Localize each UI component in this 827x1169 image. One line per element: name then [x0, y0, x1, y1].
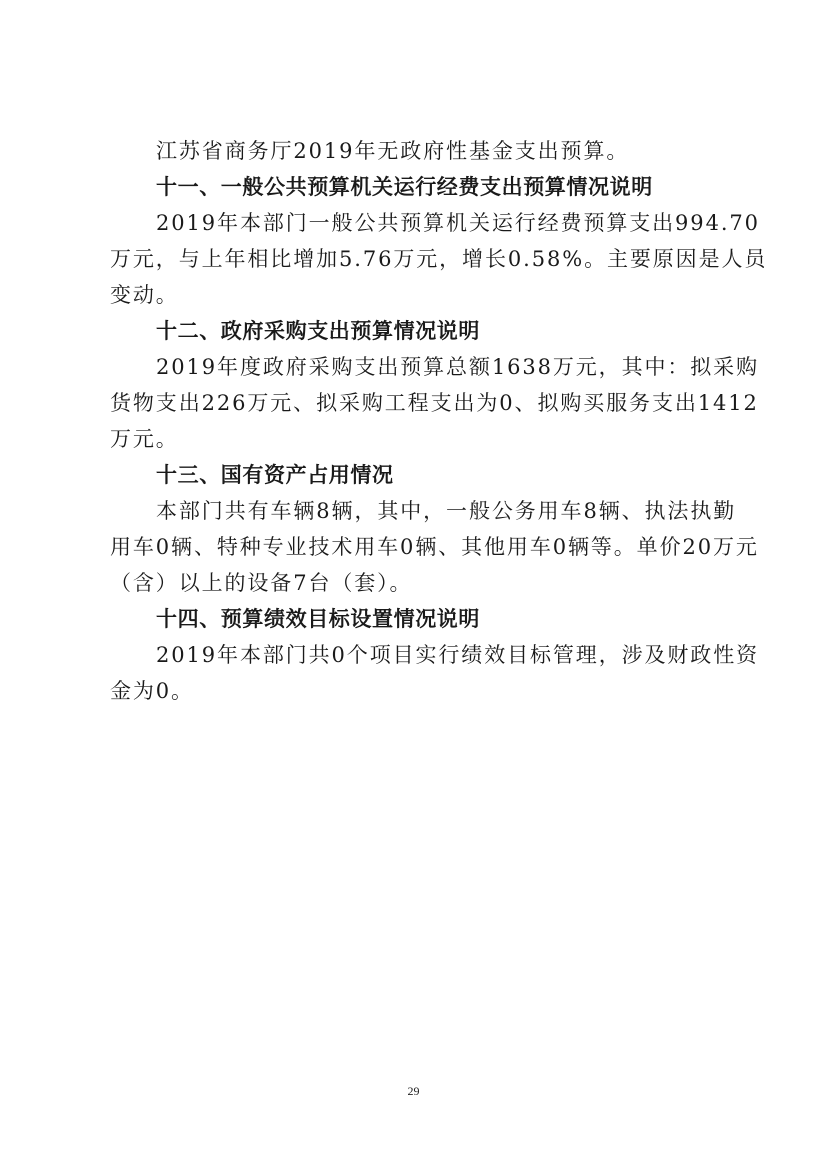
- section-13: 十三、国有资产占用情况 本部门共有车辆8辆，其中，一般公务用车8辆、执法执勤 用…: [110, 457, 717, 601]
- paragraph-line: 2019年本部门共0个项目实行绩效目标管理，涉及财政性资: [110, 637, 717, 673]
- intro-paragraph-line: 江苏省商务厅2019年无政府性基金支出预算。: [110, 133, 717, 169]
- paragraph-line: 2019年度政府采购支出预算总额1638万元，其中：拟采购: [110, 349, 717, 385]
- section-heading: 十一、一般公共预算机关运行经费支出预算情况说明: [110, 169, 717, 205]
- document-page: 江苏省商务厅2019年无政府性基金支出预算。 十一、一般公共预算机关运行经费支出…: [0, 0, 827, 1169]
- paragraph-line: 金为0。: [110, 673, 717, 709]
- document-body: 江苏省商务厅2019年无政府性基金支出预算。 十一、一般公共预算机关运行经费支出…: [110, 133, 717, 709]
- paragraph-line: 用车0辆、特种专业技术用车0辆、其他用车0辆等。单价20万元: [110, 529, 717, 565]
- section-14: 十四、预算绩效目标设置情况说明 2019年本部门共0个项目实行绩效目标管理，涉及…: [110, 601, 717, 709]
- section-12: 十二、政府采购支出预算情况说明 2019年度政府采购支出预算总额1638万元，其…: [110, 313, 717, 457]
- page-number: 29: [0, 1084, 827, 1099]
- section-heading: 十四、预算绩效目标设置情况说明: [110, 601, 717, 637]
- section-11: 十一、一般公共预算机关运行经费支出预算情况说明 2019年本部门一般公共预算机关…: [110, 169, 717, 313]
- section-heading: 十二、政府采购支出预算情况说明: [110, 313, 717, 349]
- section-heading: 十三、国有资产占用情况: [110, 457, 717, 493]
- paragraph-line: 2019年本部门一般公共预算机关运行经费预算支出994.70: [110, 205, 717, 241]
- paragraph-line: 本部门共有车辆8辆，其中，一般公务用车8辆、执法执勤: [110, 493, 717, 529]
- paragraph-line: 万元。: [110, 421, 717, 457]
- paragraph-line: 变动。: [110, 277, 717, 313]
- paragraph-line: 货物支出226万元、拟采购工程支出为0、拟购买服务支出1412: [110, 385, 717, 421]
- paragraph-line: （含）以上的设备7台（套）。: [110, 565, 717, 601]
- paragraph-line: 万元，与上年相比增加5.76万元，增长0.58%。主要原因是人员: [110, 241, 717, 277]
